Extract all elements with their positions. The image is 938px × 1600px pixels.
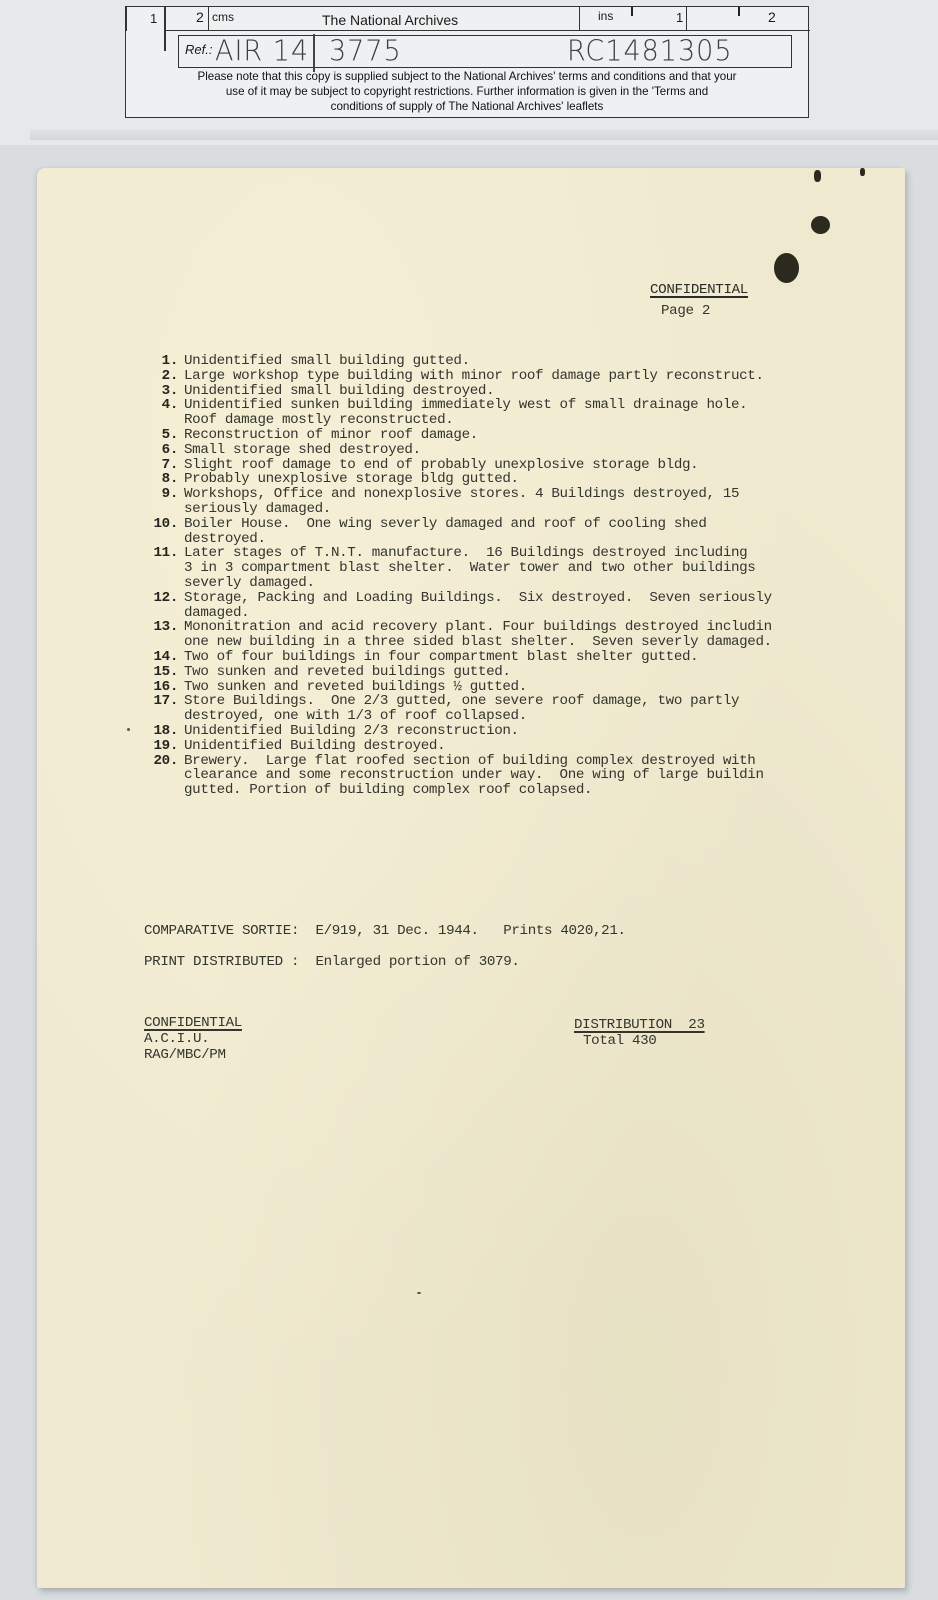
item-number: 16.: [148, 680, 184, 695]
item-number: 15.: [148, 665, 184, 680]
item-number: 5.: [148, 428, 184, 443]
copyright-notice: Please note that this copy is supplied s…: [126, 69, 808, 114]
list-item: 5.Reconstruction of minor roof damage.: [148, 428, 868, 443]
reference-box: Ref.: AIR 14 3775 RC1481305: [178, 35, 792, 68]
item-text: Small storage shed destroyed.: [184, 443, 868, 458]
list-item: 13.Mononitration and acid recovery plant…: [148, 620, 868, 650]
stray-mark: [127, 728, 130, 731]
item-number: 19.: [148, 739, 184, 754]
footer-initials: RAG/MBC/PM: [144, 1048, 226, 1063]
item-text: Reconstruction of minor roof damage.: [184, 428, 868, 443]
item-text: Workshops, Office and nonexplosive store…: [184, 487, 868, 517]
page-number: Page 2: [661, 304, 710, 319]
punch-mark: [860, 168, 865, 176]
item-number: 10.: [148, 517, 184, 547]
list-item: 16.Two sunken and reveted buildings ½ gu…: [148, 680, 868, 695]
item-text: Two sunken and reveted buildings ½ gutte…: [184, 680, 868, 695]
list-item: 1.Unidentified small building gutted.: [148, 354, 868, 369]
notice-line: Please note that this copy is supplied s…: [126, 69, 808, 84]
list-item: 11.Later stages of T.N.T. manufacture. 1…: [148, 546, 868, 590]
ruler-tick: [631, 7, 633, 16]
list-item: 8.Probably unexplosive storage bldg gutt…: [148, 472, 868, 487]
ref-series: AIR 14: [215, 35, 309, 68]
distribution-number: DISTRIBUTION 23: [574, 1018, 705, 1033]
item-text: Unidentified small building gutted.: [184, 354, 868, 369]
item-text: Mononitration and acid recovery plant. F…: [184, 620, 868, 650]
list-item: 3.Unidentified small building destroyed.: [148, 384, 868, 399]
item-number: 13.: [148, 620, 184, 650]
item-number: 18.: [148, 724, 184, 739]
item-text: Unidentified Building destroyed.: [184, 739, 868, 754]
list-item: 7.Slight roof damage to end of probably …: [148, 458, 868, 473]
item-number: 11.: [148, 546, 184, 590]
list-item: 2.Large workshop type building with mino…: [148, 369, 868, 384]
ruler-divider: [208, 7, 209, 31]
comparative-sortie: COMPARATIVE SORTIE: E/919, 31 Dec. 1944.…: [144, 924, 626, 939]
item-text: Store Buildings. One 2/3 gutted, one sev…: [184, 694, 868, 724]
ruler-divider: [126, 7, 127, 31]
stray-mark: [417, 1292, 421, 1294]
classification-header: CONFIDENTIAL: [650, 283, 748, 298]
item-number: 8.: [148, 472, 184, 487]
item-text: Later stages of T.N.T. manufacture. 16 B…: [184, 546, 868, 590]
cm-mark-1: 1: [150, 11, 157, 35]
item-text: Two of four buildings in four compartmen…: [184, 650, 868, 665]
item-number: 1.: [148, 354, 184, 369]
item-text: Two sunken and reveted buildings gutted.: [184, 665, 868, 680]
footer-classification: CONFIDENTIAL: [144, 1016, 242, 1031]
list-item: 12.Storage, Packing and Loading Building…: [148, 591, 868, 621]
item-text: Slight roof damage to end of probably un…: [184, 458, 868, 473]
item-number: 3.: [148, 384, 184, 399]
list-item: 9.Workshops, Office and nonexplosive sto…: [148, 487, 868, 517]
print-distributed: PRINT DISTRIBUTED : Enlarged portion of …: [144, 955, 520, 970]
ruler-divider: [579, 7, 580, 31]
ruler-divider: [686, 7, 687, 31]
list-item: 17.Store Buildings. One 2/3 gutted, one …: [148, 694, 868, 724]
ruler: 1 2 cms The National Archives ins 1 2: [126, 7, 808, 31]
archive-label: 1 2 cms The National Archives ins 1 2 Re…: [125, 6, 809, 118]
notice-line: conditions of supply of The National Arc…: [126, 99, 808, 114]
punch-hole: [774, 253, 799, 283]
item-text: Storage, Packing and Loading Buildings. …: [184, 591, 868, 621]
damage-list: 1.Unidentified small building gutted. 2.…: [148, 354, 868, 798]
item-text: Large workshop type building with minor …: [184, 369, 868, 384]
item-number: 17.: [148, 694, 184, 724]
item-number: 14.: [148, 650, 184, 665]
item-number: 2.: [148, 369, 184, 384]
item-number: 7.: [148, 458, 184, 473]
list-item: 18.Unidentified Building 2/3 reconstruct…: [148, 724, 868, 739]
punch-mark: [814, 170, 821, 182]
item-number: 9.: [148, 487, 184, 517]
item-text: Unidentified sunken building immediately…: [184, 398, 868, 428]
list-item: 10.Boiler House. One wing severly damage…: [148, 517, 868, 547]
item-text: Unidentified Building 2/3 reconstruction…: [184, 724, 868, 739]
ruler-tick-long: [164, 7, 166, 51]
item-number: 12.: [148, 591, 184, 621]
item-text: Brewery. Large flat roofed section of bu…: [184, 754, 868, 798]
list-item: 14.Two of four buildings in four compart…: [148, 650, 868, 665]
ref-image-number: RC1481305: [567, 35, 733, 68]
ruler-tick: [738, 7, 740, 16]
list-item: 4.Unidentified sunken building immediate…: [148, 398, 868, 428]
punch-hole: [811, 216, 830, 234]
item-text: Unidentified small building destroyed.: [184, 384, 868, 399]
list-item: 15.Two sunken and reveted buildings gutt…: [148, 665, 868, 680]
archive-title: The National Archives: [322, 12, 458, 36]
item-number: 4.: [148, 398, 184, 428]
item-text: Boiler House. One wing severly damaged a…: [184, 517, 868, 547]
item-number: 20.: [148, 754, 184, 798]
ruler-baseline: [164, 30, 810, 31]
ref-separator: [313, 34, 315, 72]
ref-piece: 3775: [329, 35, 402, 68]
list-item: 6.Small storage shed destroyed.: [148, 443, 868, 458]
list-item: 20.Brewery. Large flat roofed section of…: [148, 754, 868, 798]
item-text: Probably unexplosive storage bldg gutted…: [184, 472, 868, 487]
distribution-total: Total 430: [583, 1034, 656, 1049]
list-item: 19.Unidentified Building destroyed.: [148, 739, 868, 754]
footer-unit: A.C.I.U.: [144, 1032, 209, 1047]
ref-label: Ref.:: [185, 42, 212, 57]
notice-line: use of it may be subject to copyright re…: [126, 84, 808, 99]
strip-shadow: [30, 130, 938, 140]
item-number: 6.: [148, 443, 184, 458]
document-page: CONFIDENTIAL Page 2 1.Unidentified small…: [37, 168, 905, 1588]
